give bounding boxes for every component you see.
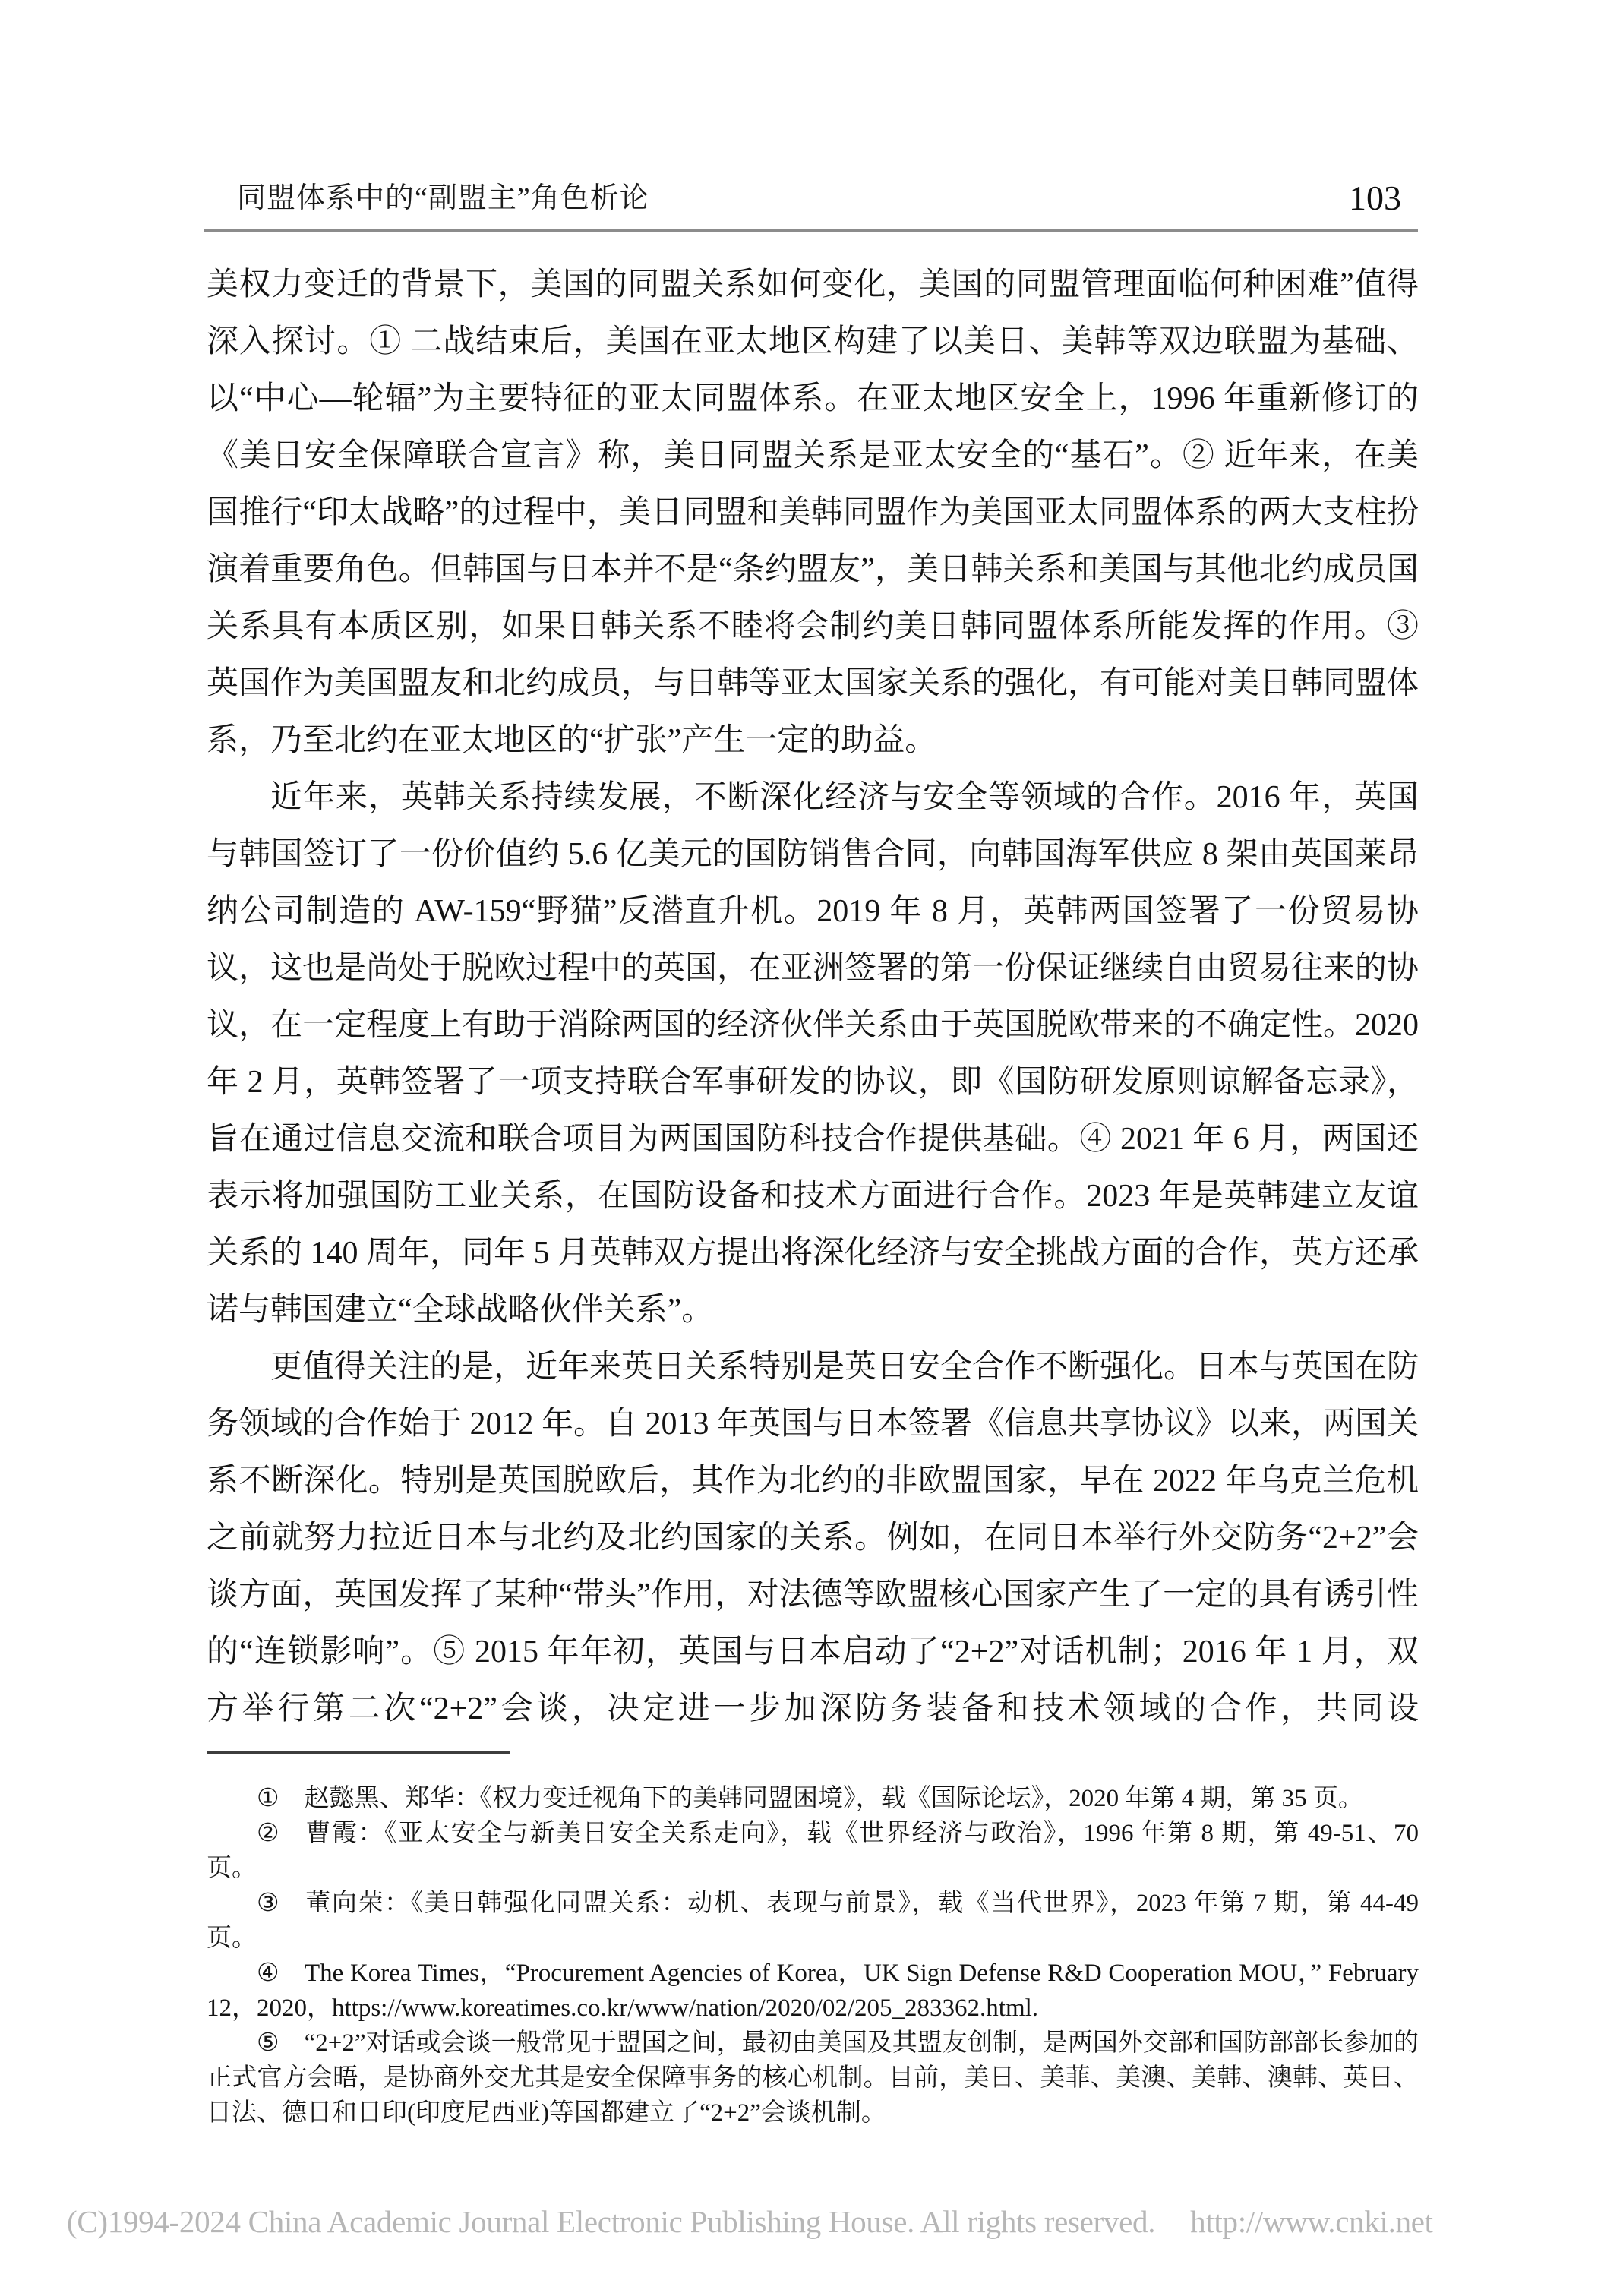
footnote-text: 曹霞：《亚太安全与新美日安全关系走向》，载《世界经济与政治》，1996 年第 8… [207, 1820, 1419, 1882]
page-number: 103 [1349, 177, 1401, 219]
footnotes-block: ①赵懿黑、郑华：《权力变迁视角下的美韩同盟困境》，载《国际论坛》，2020 年第… [207, 1781, 1419, 2130]
footnote-item: ④The Korea Times，“Procurement Agencies o… [207, 1956, 1419, 2026]
footnote-marker: ⑤ [257, 2029, 279, 2057]
footnote-marker: ③ [257, 1890, 280, 1917]
footnote-marker: ④ [257, 1960, 279, 1987]
journal-page: 同盟体系中的“副盟主”角色析论 103 美权力变迁的背景下，美国的同盟关系如何变… [0, 0, 1623, 2296]
footnote-text: 赵懿黑、郑华：《权力变迁视角下的美韩同盟困境》，载《国际论坛》，2020 年第 … [305, 1785, 1363, 1812]
body-paragraph: 更值得关注的是，近年来英日关系特别是英日安全合作不断强化。日本与英国在防务领域的… [207, 1339, 1419, 1738]
footnote-item: ③董向荣：《美日韩强化同盟关系：动机、表现与前景》，载《当代世界》，2023 年… [207, 1886, 1419, 1956]
header-rule [204, 229, 1418, 232]
footnote-marker: ② [257, 1820, 280, 1847]
footnote-text: “2+2”对话或会谈一般常见于盟国之间，最初由美国及其盟友创制，是两国外交部和国… [207, 2029, 1419, 2127]
footnote-text: The Korea Times，“Procurement Agencies of… [207, 1960, 1419, 2022]
body-paragraph: 近年来，英韩关系持续发展，不断深化经济与安全等领域的合作。2016 年，英国与韩… [207, 769, 1419, 1339]
footnote-item: ⑤“2+2”对话或会谈一般常见于盟国之间，最初由美国及其盟友创制，是两国外交部和… [207, 2026, 1419, 2130]
body-paragraph: 美权力变迁的背景下，美国的同盟关系如何变化，美国的同盟管理面临何种困难”值得深入… [207, 257, 1419, 769]
copyright-notice: (C)1994-2024 China Academic Journal Elec… [67, 2204, 1155, 2239]
cnki-url: http://www.cnki.net [1190, 2204, 1433, 2239]
article-body: 美权力变迁的背景下，美国的同盟关系如何变化，美国的同盟管理面临何种困难”值得深入… [207, 257, 1419, 1738]
page-header: 同盟体系中的“副盟主”角色析论 103 [204, 177, 1418, 219]
footnote-item: ①赵懿黑、郑华：《权力变迁视角下的美韩同盟困境》，载《国际论坛》，2020 年第… [207, 1781, 1419, 1816]
running-head-title: 同盟体系中的“副盟主”角色析论 [237, 177, 649, 219]
footnote-text: 董向荣：《美日韩强化同盟关系：动机、表现与前景》，载《当代世界》，2023 年第… [207, 1890, 1419, 1952]
footnote-separator [207, 1751, 510, 1754]
footnote-marker: ① [257, 1785, 279, 1812]
footnote-item: ②曹霞：《亚太安全与新美日安全关系走向》，载《世界经济与政治》，1996 年第 … [207, 1816, 1419, 1886]
page-footer: (C)1994-2024 China Academic Journal Elec… [67, 2203, 1595, 2240]
